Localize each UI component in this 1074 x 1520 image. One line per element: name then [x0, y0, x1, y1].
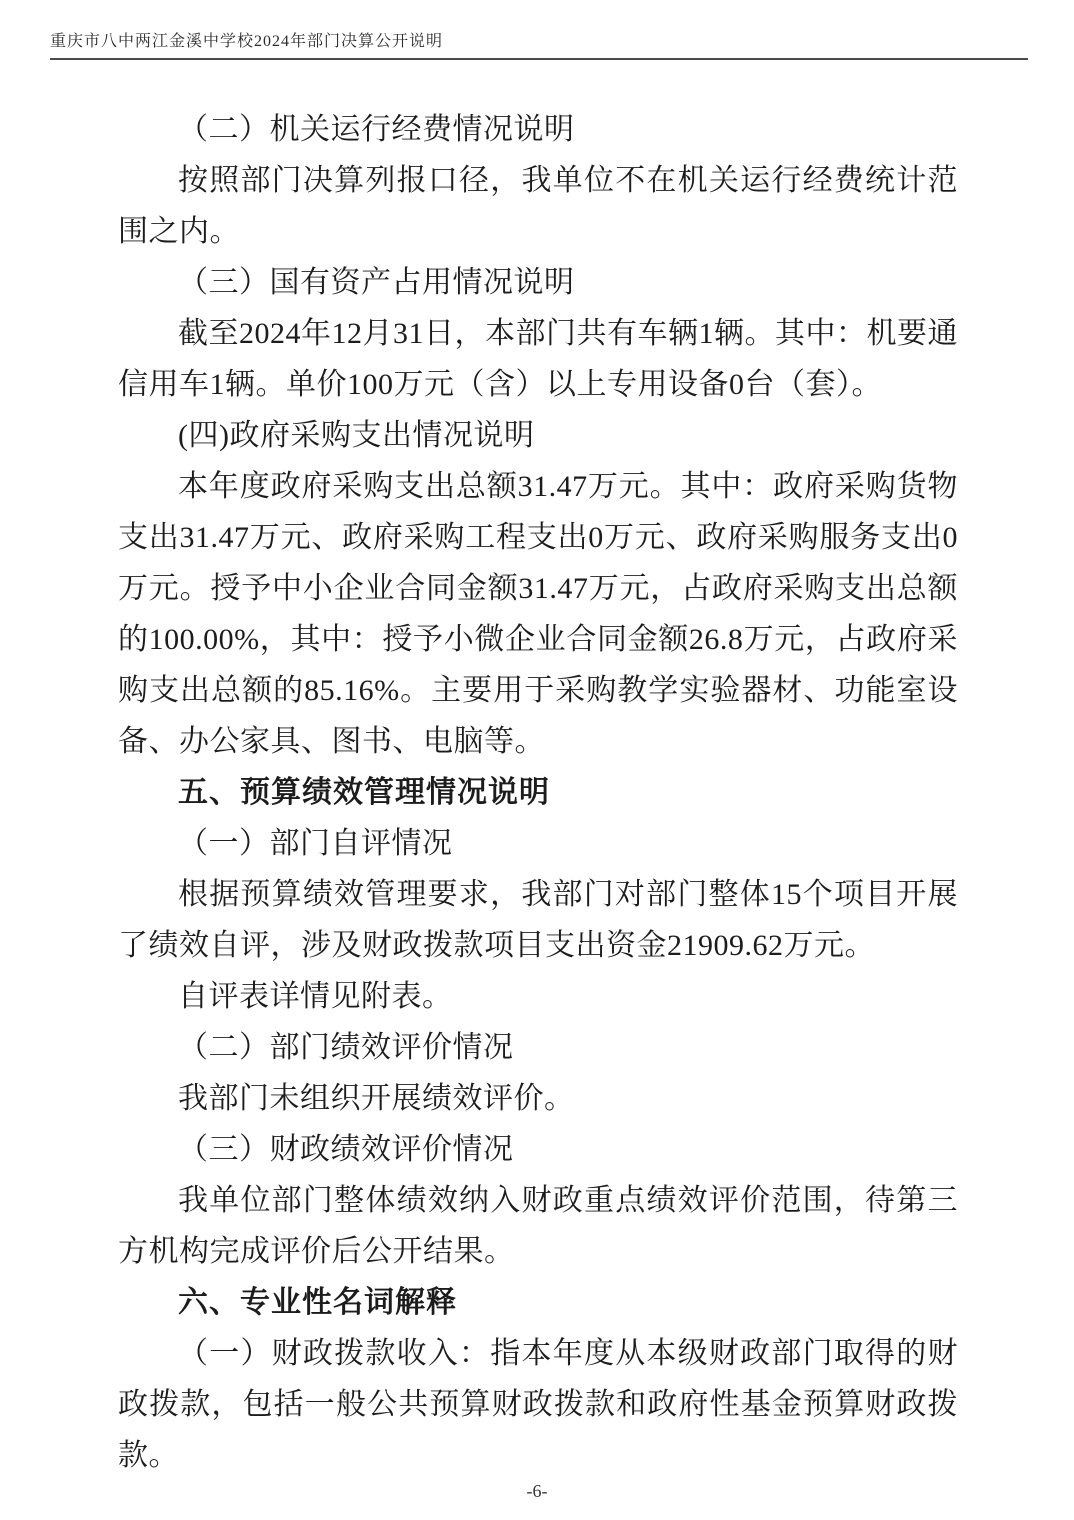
body-paragraph: 根据预算绩效管理要求，我部门对部门整体15个项目开展了绩效自评，涉及财政拨款项目… — [118, 869, 958, 971]
page-header: 重庆市八中两江金溪中学校2024年部门决算公开说明 — [50, 28, 1028, 60]
body-paragraph: （一）财政拨款收入：指本年度从本级财政部门取得的财政拨款，包括一般公共预算财政拨… — [118, 1328, 958, 1481]
page-header-title: 重庆市八中两江金溪中学校2024年部门决算公开说明 — [50, 33, 443, 50]
section-heading: 五、预算绩效管理情况说明 — [118, 767, 958, 818]
sub-section-heading: （二）部门绩效评价情况 — [118, 1022, 958, 1073]
sub-section-heading: （一）部门自评情况 — [118, 818, 958, 869]
page-footer: -6- — [0, 1481, 1074, 1502]
sub-section-heading: （三）财政绩效评价情况 — [118, 1124, 958, 1175]
sub-section-heading: （二）机关运行经费情况说明 — [118, 104, 958, 155]
body-paragraph: 按照部门决算列报口径，我单位不在机关运行经费统计范围之内。 — [118, 155, 958, 257]
page-number: -6- — [527, 1481, 548, 1501]
body-paragraph: 截至2024年12月31日，本部门共有车辆1辆。其中：机要通信用车1辆。单价10… — [118, 308, 958, 410]
body-paragraph: 我单位部门整体绩效纳入财政重点绩效评价范围，待第三方机构完成评价后公开结果。 — [118, 1175, 958, 1277]
sub-section-heading: (四)政府采购支出情况说明 — [118, 410, 958, 461]
section-heading: 六、专业性名词解释 — [118, 1277, 958, 1328]
body-paragraph: 我部门未组织开展绩效评价。 — [118, 1073, 958, 1124]
document-page: 重庆市八中两江金溪中学校2024年部门决算公开说明 （二）机关运行经费情况说明按… — [0, 0, 1074, 1520]
body-paragraph: 本年度政府采购支出总额31.47万元。其中：政府采购货物支出31.47万元、政府… — [118, 461, 958, 767]
body-paragraph: 自评表详情见附表。 — [118, 971, 958, 1022]
document-body: （二）机关运行经费情况说明按照部门决算列报口径，我单位不在机关运行经费统计范围之… — [118, 104, 958, 1481]
sub-section-heading: （三）国有资产占用情况说明 — [118, 257, 958, 308]
